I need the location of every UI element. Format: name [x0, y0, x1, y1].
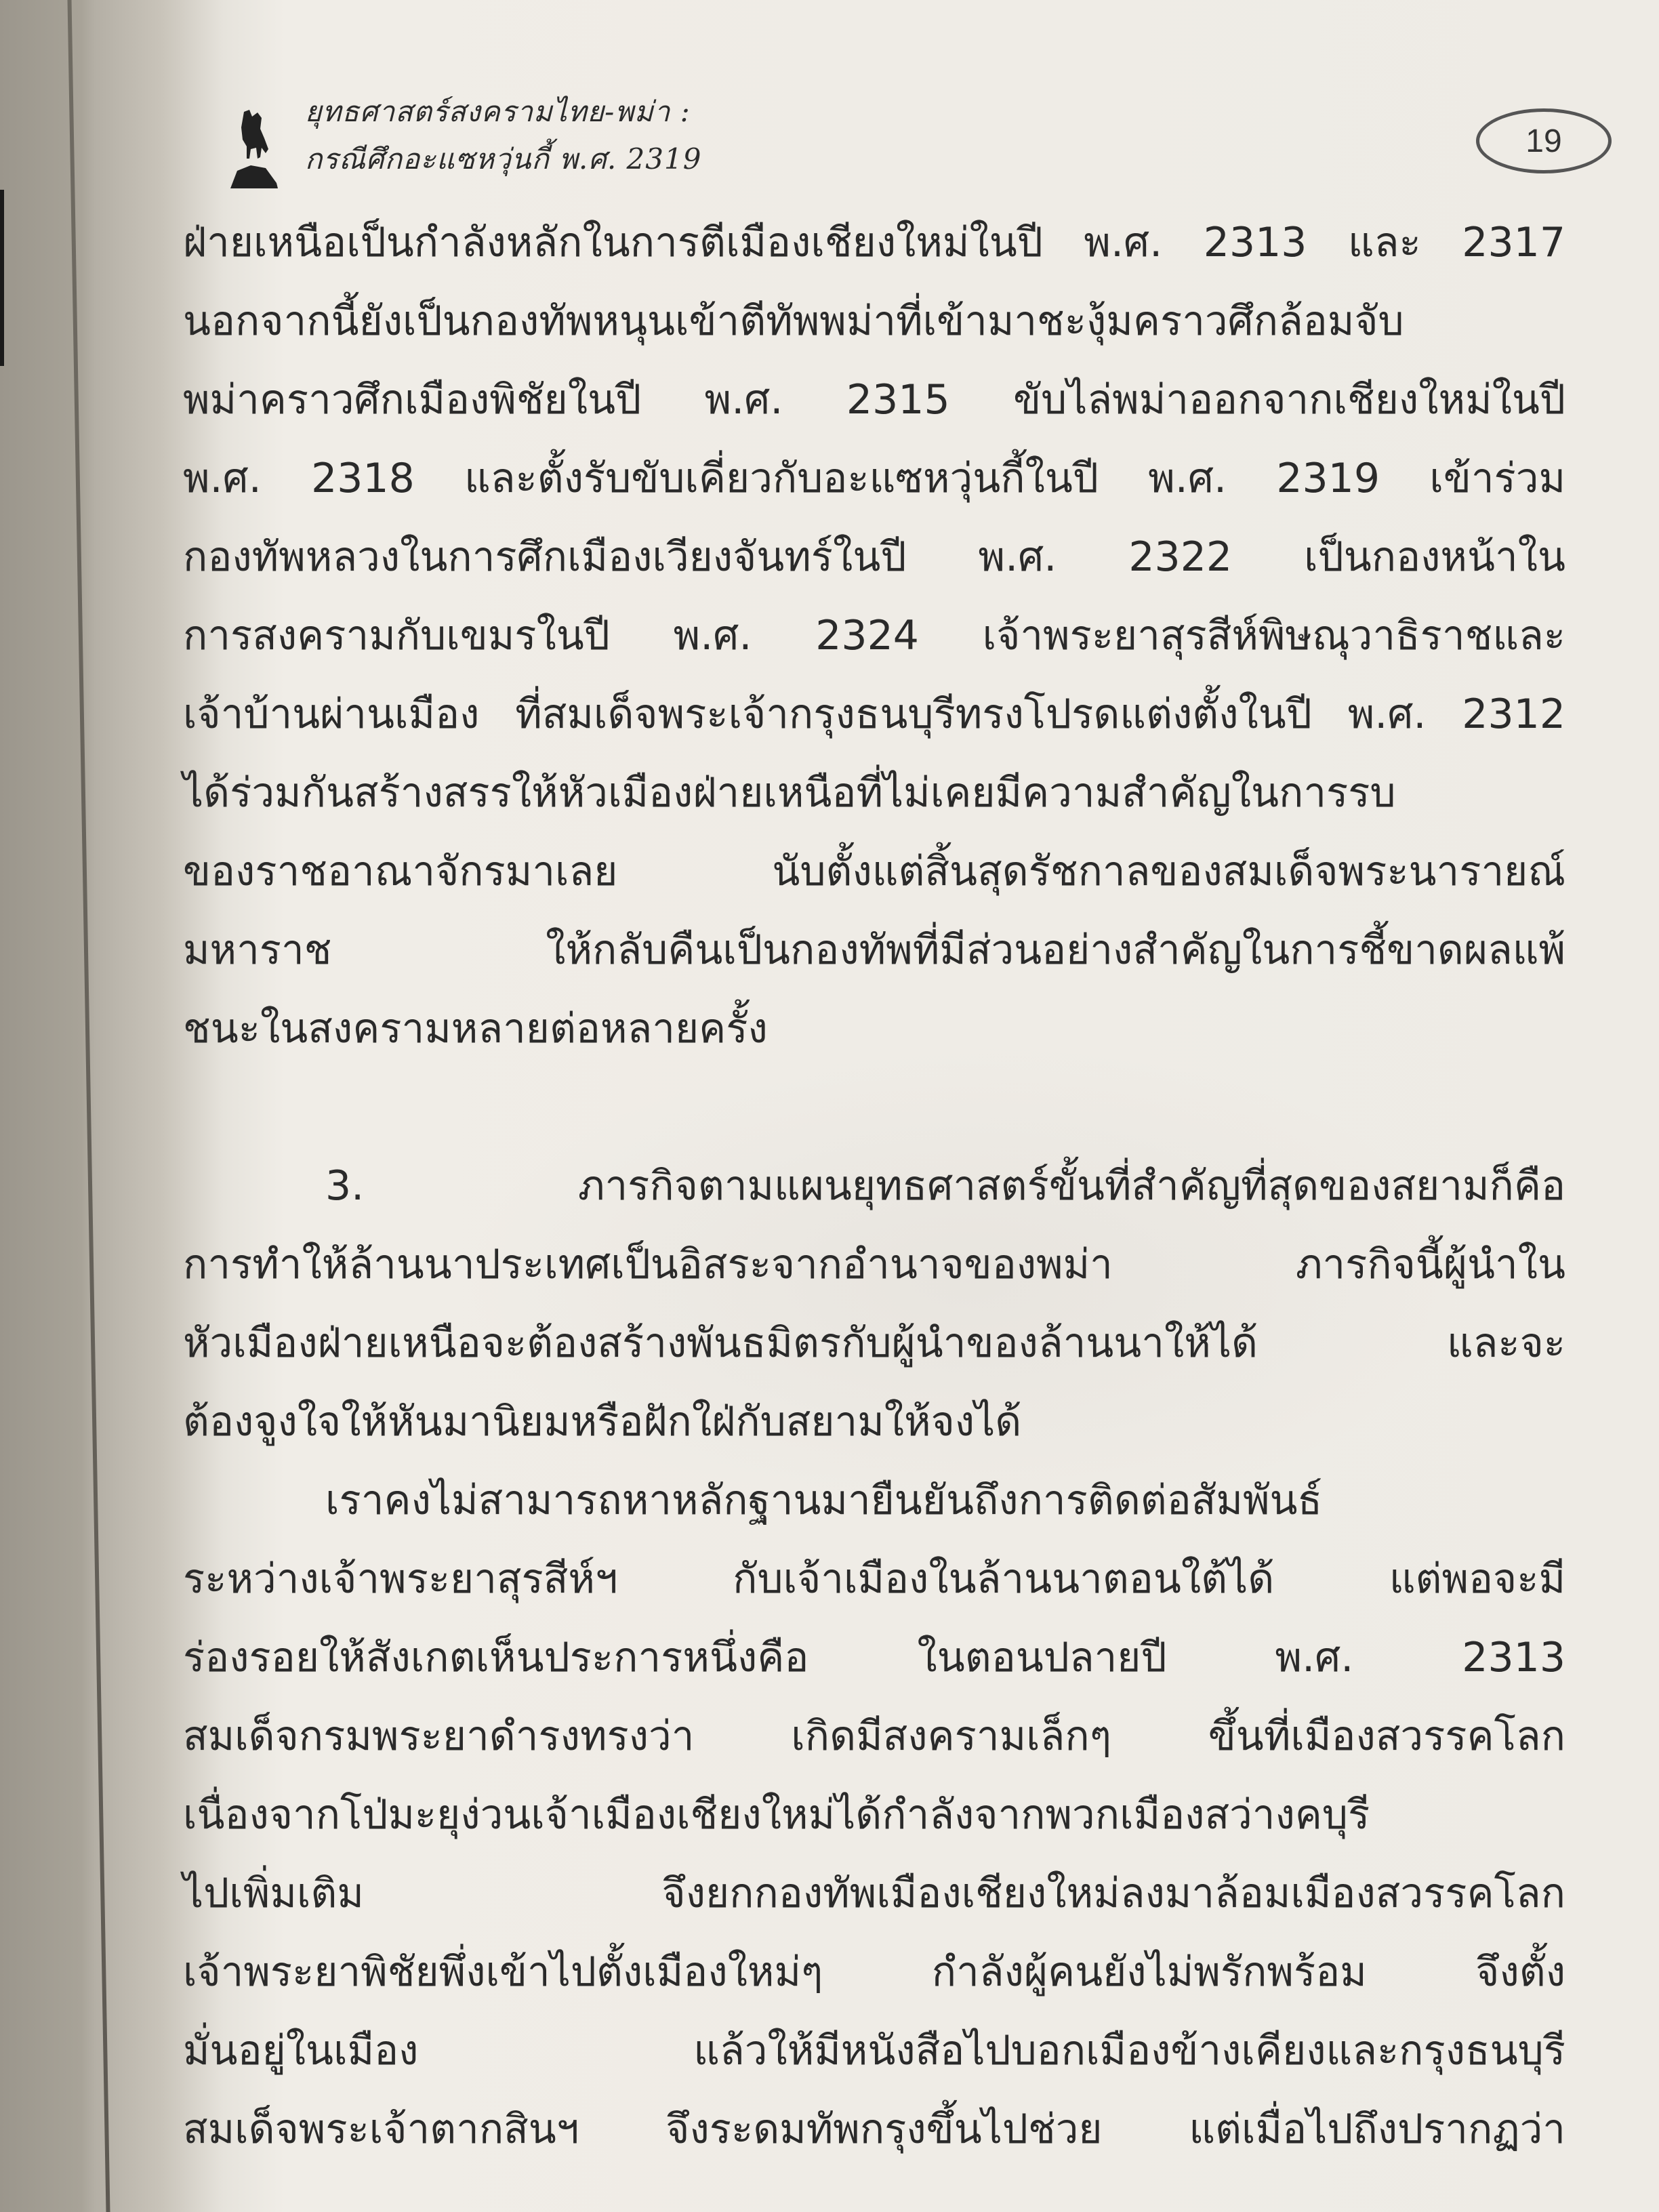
text-line: ได้ร่วมกันสร้างสรรให้หัวเมืองฝ่ายเหนือที…	[183, 754, 1565, 832]
text-line: นอกจากนี้ยังเป็นกองทัพหนุนเข้าตีทัพพม่าท…	[183, 282, 1565, 361]
page-number-badge: 19	[1476, 108, 1612, 173]
text-line: มหาราช ให้กลับคืนเป็นกองทัพที่มีส่วนอย่า…	[183, 911, 1565, 989]
text-line: สมเด็จกรมพระยาดำรงทรงว่า เกิดมีสงครามเล็…	[183, 1697, 1565, 1776]
equestrian-statue-icon	[224, 108, 285, 190]
text-line: การทำให้ล้านนาประเทศเป็นอิสระจากอำนาจของ…	[183, 1225, 1565, 1304]
facing-page-edge	[0, 190, 4, 366]
text-line: ระหว่างเจ้าพระยาสุรสีห์ฯ กับเจ้าเมืองในล…	[183, 1540, 1565, 1618]
text-line: สมเด็จพระเจ้าตากสินฯ จึงระดมทัพกรุงขึ้นไ…	[183, 2090, 1565, 2169]
text-line: การสงครามกับเขมรในปี พ.ศ. 2324 เจ้าพระยา…	[183, 596, 1565, 675]
text-line: ไปเพิ่มเติม จึงยกกองทัพเมืองเชียงใหม่ลงม…	[183, 1854, 1565, 1933]
text-line: หัวเมืองฝ่ายเหนือจะต้องสร้างพันธมิตรกับผ…	[183, 1304, 1565, 1382]
text-line: เนื่องจากโป่มะยุง่วนเจ้าเมืองเชียงใหม่ได…	[183, 1776, 1565, 1854]
header-title-line-2: กรณีศึกอะแซหวุ่นกี้ พ.ศ. 2319	[305, 136, 701, 183]
header-title-line-1: ยุทธศาสตร์สงครามไทย-พม่า :	[305, 88, 701, 136]
text-line: ร่องรอยให้สังเกตเห็นประการหนึ่งคือ ในตอน…	[183, 1618, 1565, 1697]
text-line: เจ้าบ้านผ่านเมือง ที่สมเด็จพระเจ้ากรุงธน…	[183, 675, 1565, 754]
text-line: เจ้าพระยาพิชัยพึ่งเข้าไปตั้งเมืองใหม่ๆ ก…	[183, 1933, 1565, 2011]
paragraph-3: เราคงไม่สามารถหาหลักฐานมายืนยันถึงการติด…	[183, 1461, 1565, 2169]
text-line: เราคงไม่สามารถหาหลักฐานมายืนยันถึงการติด…	[183, 1461, 1565, 1540]
running-header: ยุทธศาสตร์สงครามไทย-พม่า : กรณีศึกอะแซหว…	[224, 81, 1659, 190]
text-line: ฝ่ายเหนือเป็นกำลังหลักในการตีเมืองเชียงใ…	[183, 203, 1565, 282]
paragraph-2: 3. ภารกิจตามแผนยุทธศาสตร์ขั้นที่สำคัญที่…	[183, 1147, 1565, 1461]
page-number: 19	[1525, 123, 1561, 160]
body-text: ฝ่ายเหนือเป็นกำลังหลักในการตีเมืองเชียงใ…	[183, 203, 1565, 2169]
text-line: ชนะในสงครามหลายต่อหลายครั้ง	[183, 989, 1565, 1068]
text-line: 3. ภารกิจตามแผนยุทธศาสตร์ขั้นที่สำคัญที่…	[183, 1147, 1565, 1225]
text-line: พ.ศ. 2318 และตั้งรับขับเคี่ยวกับอะแซหวุ่…	[183, 439, 1565, 518]
paragraph-spacer	[183, 1068, 1565, 1147]
text-line: ต้องจูงใจให้หันมานิยมหรือฝักใฝ่กับสยามให…	[183, 1382, 1565, 1461]
book-page: ยุทธศาสตร์สงครามไทย-พม่า : กรณีศึกอะแซหว…	[122, 0, 1659, 2212]
running-header-title: ยุทธศาสตร์สงครามไทย-พม่า : กรณีศึกอะแซหว…	[305, 88, 701, 183]
text-line: ของราชอาณาจักรมาเลย นับตั้งแต่สิ้นสุดรัช…	[183, 832, 1565, 911]
text-line: พม่าคราวศึกเมืองพิชัยในปี พ.ศ. 2315 ขับไ…	[183, 361, 1565, 439]
paragraph-1: ฝ่ายเหนือเป็นกำลังหลักในการตีเมืองเชียงใ…	[183, 203, 1565, 1068]
text-line: มั่นอยู่ในเมือง แล้วให้มีหนังสือไปบอกเมื…	[183, 2011, 1565, 2090]
text-line: กองทัพหลวงในการศึกเมืองเวียงจันทร์ในปี พ…	[183, 518, 1565, 596]
